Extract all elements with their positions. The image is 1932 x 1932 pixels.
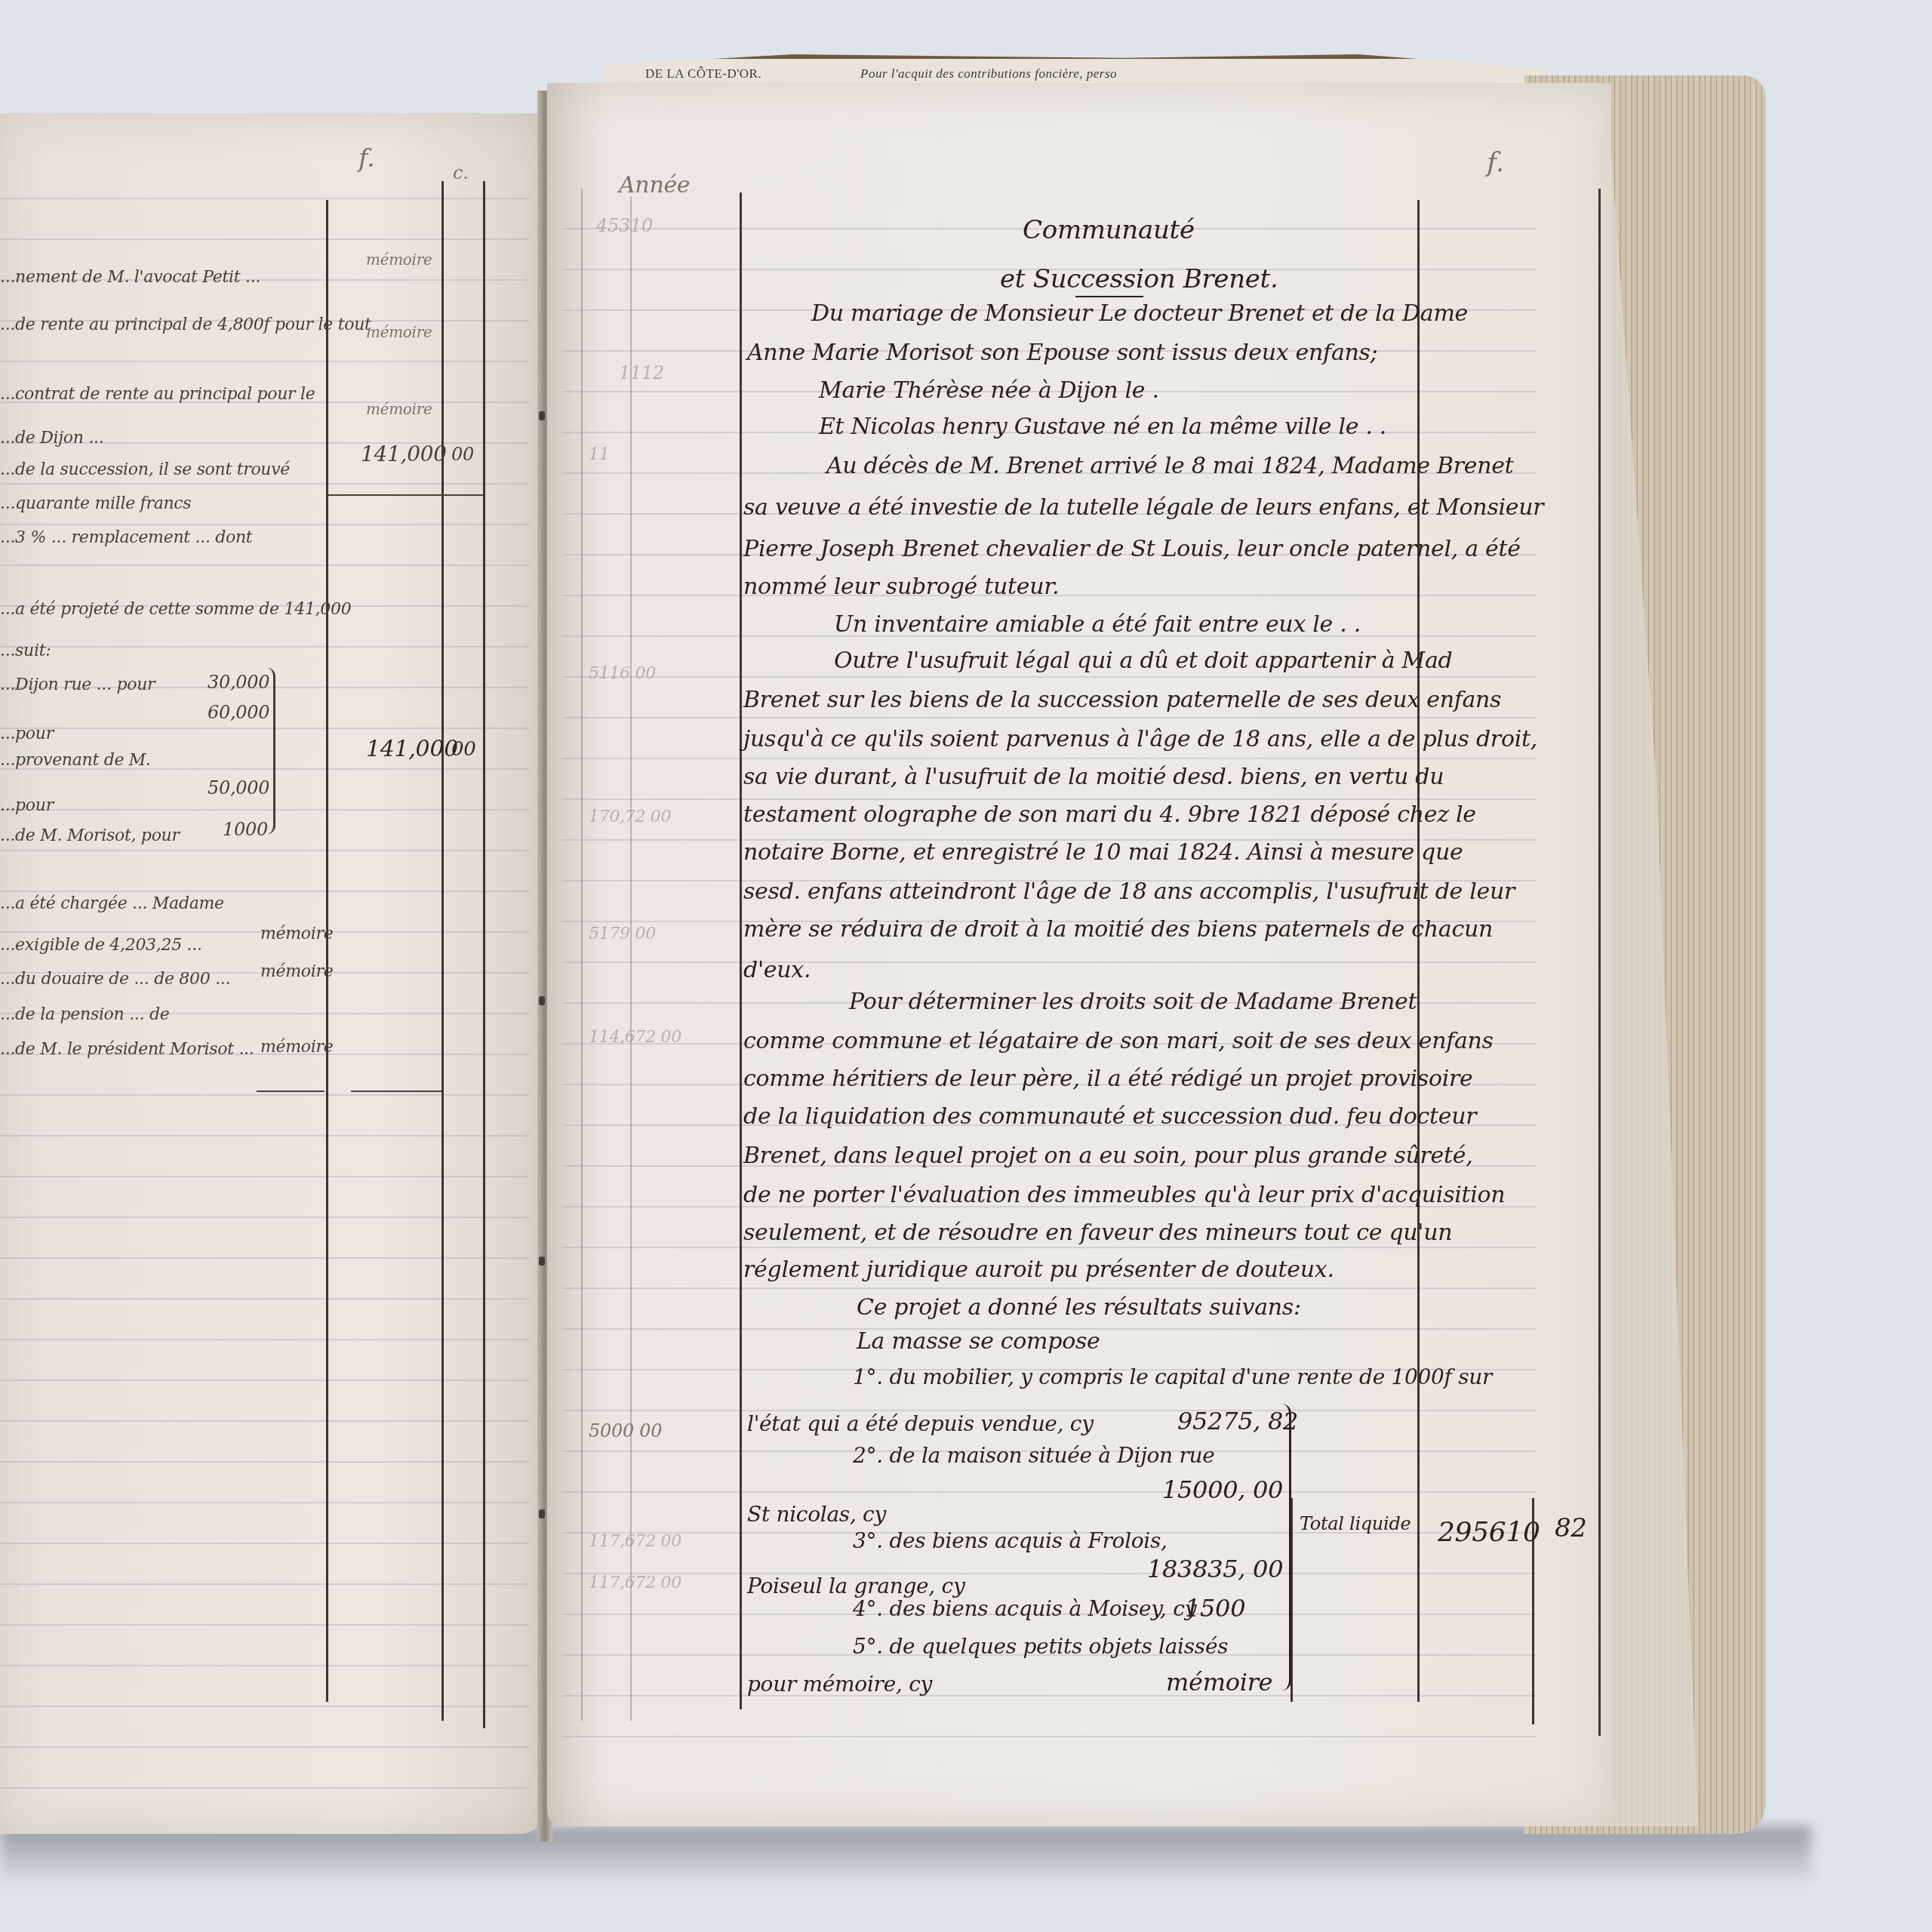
printed-header-left: DE LA CÔTE-D'OR. <box>645 66 761 82</box>
bracket-amount: 1000 <box>223 819 268 840</box>
item-line: Poiseul la grange, cy <box>747 1574 964 1598</box>
text-line: jusqu'à ce qu'ils soient parvenus à l'âg… <box>743 726 1537 752</box>
ghost-number: 117,672 00 <box>589 1532 681 1551</box>
amount-value: 141,000 <box>361 441 447 466</box>
text-line: Outre l'usufruit légal qui a dû et doit … <box>834 648 1453 674</box>
amount-cents: 00 <box>451 444 474 465</box>
ruled-lines <box>0 158 528 1819</box>
left-column-rule <box>326 200 328 1702</box>
ghost-number: 117,672 00 <box>589 1574 681 1592</box>
left-entry: ...a été chargée ... Madame <box>0 894 224 913</box>
bracket-amount: 60,000 <box>208 702 269 723</box>
item-amount: 15000, 00 <box>1162 1475 1283 1504</box>
table-shadow <box>0 1826 1811 1887</box>
ghost-number: 45310 <box>596 215 653 236</box>
text-line: sa veuve a été investie de la tutelle lé… <box>743 494 1543 521</box>
text-line: testament olographe de son mari du 4. 9b… <box>743 801 1476 828</box>
printed-header-right: Pour l'acquit des contributions foncière… <box>860 66 1117 82</box>
item-amount: 183835, 00 <box>1147 1555 1283 1583</box>
left-entry: ...suit: <box>0 641 51 660</box>
text-line: Au décès de M. Brenet arrivé le 8 mai 18… <box>826 453 1513 479</box>
text-line: comme commune et légataire de son mari, … <box>743 1028 1494 1054</box>
left-entry: ...de la succession, il se sont trouvé <box>0 460 290 479</box>
left-subtotal-rule <box>328 494 483 496</box>
left-end-rule <box>351 1091 441 1092</box>
item-line: 3°. des biens acquis à Frolois, <box>853 1528 1168 1553</box>
left-entry: ...pour <box>0 724 54 743</box>
bracket-total-cents: 00 <box>451 738 475 761</box>
item-line: 4°. des biens acquis à Moisey, cy <box>853 1596 1196 1621</box>
ghost-number: 5179 00 <box>589 924 656 943</box>
text-line: Brenet, dans lequel projet on a eu soin,… <box>743 1143 1473 1169</box>
text-line: Brenet sur les biens de la succession pa… <box>743 687 1501 713</box>
margin-rule <box>581 189 583 1721</box>
text-line: Marie Thérèse née à Dijon le . <box>819 377 1159 404</box>
entry-subtitle: et Succession Brenet. <box>1000 264 1278 294</box>
ghost-number: 170,72 00 <box>589 808 671 826</box>
item-line: pour mémoire, cy <box>747 1672 932 1697</box>
ghost-number: 11 <box>589 445 609 464</box>
text-line: La masse se compose <box>857 1328 1100 1355</box>
binding-stitch <box>539 1257 545 1266</box>
entry-title: Communauté <box>1023 215 1195 245</box>
left-entry: ...de rente au principal de 4,800f pour … <box>0 315 371 334</box>
text-line: Un inventaire amiable a été fait entre e… <box>834 611 1361 638</box>
left-end-rule <box>257 1091 325 1092</box>
left-entry: ...quarante mille francs <box>0 494 191 513</box>
item-amount: 1500 <box>1185 1594 1245 1623</box>
text-line: Du mariage de Monsieur Le docteur Brenet… <box>811 300 1468 327</box>
text-line: sesd. enfans atteindront l'âge de 18 ans… <box>743 878 1515 905</box>
left-entry: ...nement de M. l'avocat Petit ... <box>0 268 260 287</box>
total-label: Total liquide <box>1300 1513 1411 1534</box>
bracket-amount: 30,000 <box>208 672 269 693</box>
text-frame-right <box>1417 200 1420 1702</box>
item-amount: 95275, 82 <box>1177 1407 1298 1435</box>
left-column-rule <box>441 181 444 1721</box>
curly-bracket <box>267 668 275 834</box>
total-cents: 82 <box>1555 1513 1587 1543</box>
left-entry: ...de la pension ... de <box>0 1005 169 1024</box>
curly-bracket <box>1281 1404 1291 1690</box>
item-line: 1°. du mobilier, y compris le capital d'… <box>853 1364 1492 1389</box>
amount-memo: mémoire <box>366 251 432 269</box>
cents-column-rule <box>1598 189 1601 1736</box>
item-line: 2°. de la maison située à Dijon rue <box>853 1443 1215 1468</box>
memo-entry: mémoire <box>260 924 333 943</box>
title-underline <box>1075 296 1143 297</box>
text-line: sa vie durant, à l'usufruit de la moitié… <box>743 764 1444 790</box>
binding-stitch <box>539 1509 545 1518</box>
text-line: de la liquidation des communauté et succ… <box>743 1103 1476 1130</box>
memo-entry: mémoire <box>260 1038 333 1057</box>
left-entry: ...a été projeté de cette somme de 141,0… <box>0 600 351 619</box>
ghost-number: 114,672 00 <box>589 1028 681 1047</box>
margin-rule <box>630 196 632 1721</box>
text-line: Ce projet a donné les résultats suivans: <box>857 1294 1301 1321</box>
amount-memo: mémoire <box>366 400 432 418</box>
item-line: l'état qui a été depuis vendue, cy <box>747 1411 1094 1436</box>
text-line: de ne porter l'évaluation des immeubles … <box>743 1182 1505 1208</box>
column-mark-cents: c. <box>453 162 468 183</box>
amount-memo: mémoire <box>366 323 432 341</box>
margin-heading: Année <box>619 172 690 198</box>
text-line: Pour déterminer les droits soit de Madam… <box>849 989 1417 1015</box>
text-line: d'eux. <box>743 957 811 983</box>
left-entry: ...Dijon rue ... pour <box>0 675 155 694</box>
column-mark-francs: f. <box>1487 147 1504 178</box>
left-entry: ...pour <box>0 796 54 815</box>
text-line: Et Nicolas henry Gustave né en la même v… <box>819 414 1386 440</box>
text-line: nommé leur subrogé tuteur. <box>743 574 1059 600</box>
text-line: notaire Borne, et enregistré le 10 mai 1… <box>743 839 1463 866</box>
left-entry: ...provenant de M. <box>0 751 151 770</box>
text-line: Anne Marie Morisot son Epouse sont issus… <box>747 340 1377 366</box>
text-line: seulement, et de résoudre en faveur des … <box>743 1220 1452 1246</box>
bracket-amount: 50,000 <box>208 777 269 798</box>
ghost-number: 1112 <box>619 362 664 383</box>
left-entry: ...de M. Morisot, pour <box>0 826 180 845</box>
left-entry: ...contrat de rente au principal pour le <box>0 385 315 404</box>
column-mark-francs: f. <box>358 143 375 174</box>
left-entry: ...3 % ... remplacement ... dont <box>0 528 252 547</box>
item-line: 5°. de quelques petits objets laissés <box>853 1634 1228 1659</box>
item-amount: mémoire <box>1166 1668 1272 1697</box>
item-line: St nicolas, cy <box>747 1502 886 1527</box>
total-amount: 295610 <box>1438 1517 1540 1548</box>
text-line: Pierre Joseph Brenet chevalier de St Lou… <box>743 536 1521 562</box>
left-entry: ...de Dijon ... <box>0 429 103 448</box>
memo-entry: mémoire <box>260 962 333 981</box>
bracket-total: 141,000 <box>366 736 458 762</box>
text-line: comme héritiers de leur père, il a été r… <box>743 1066 1472 1092</box>
left-entry: ...de M. le président Morisot ... <box>0 1040 254 1059</box>
left-entry: ...exigible de 4,203,25 ... <box>0 936 202 955</box>
ghost-number: 5000 00 <box>589 1420 662 1441</box>
text-line: réglement juridique auroit pu présenter … <box>743 1257 1334 1283</box>
text-frame-left <box>740 192 742 1709</box>
binding-stitch <box>539 411 545 420</box>
ghost-number: 5116 00 <box>589 664 656 683</box>
left-entry: ...du douaire de ... de 800 ... <box>0 970 230 989</box>
text-line: mère se réduira de droit à la moitié des… <box>743 916 1493 943</box>
binding-stitch <box>539 996 545 1005</box>
left-column-rule <box>483 181 485 1728</box>
